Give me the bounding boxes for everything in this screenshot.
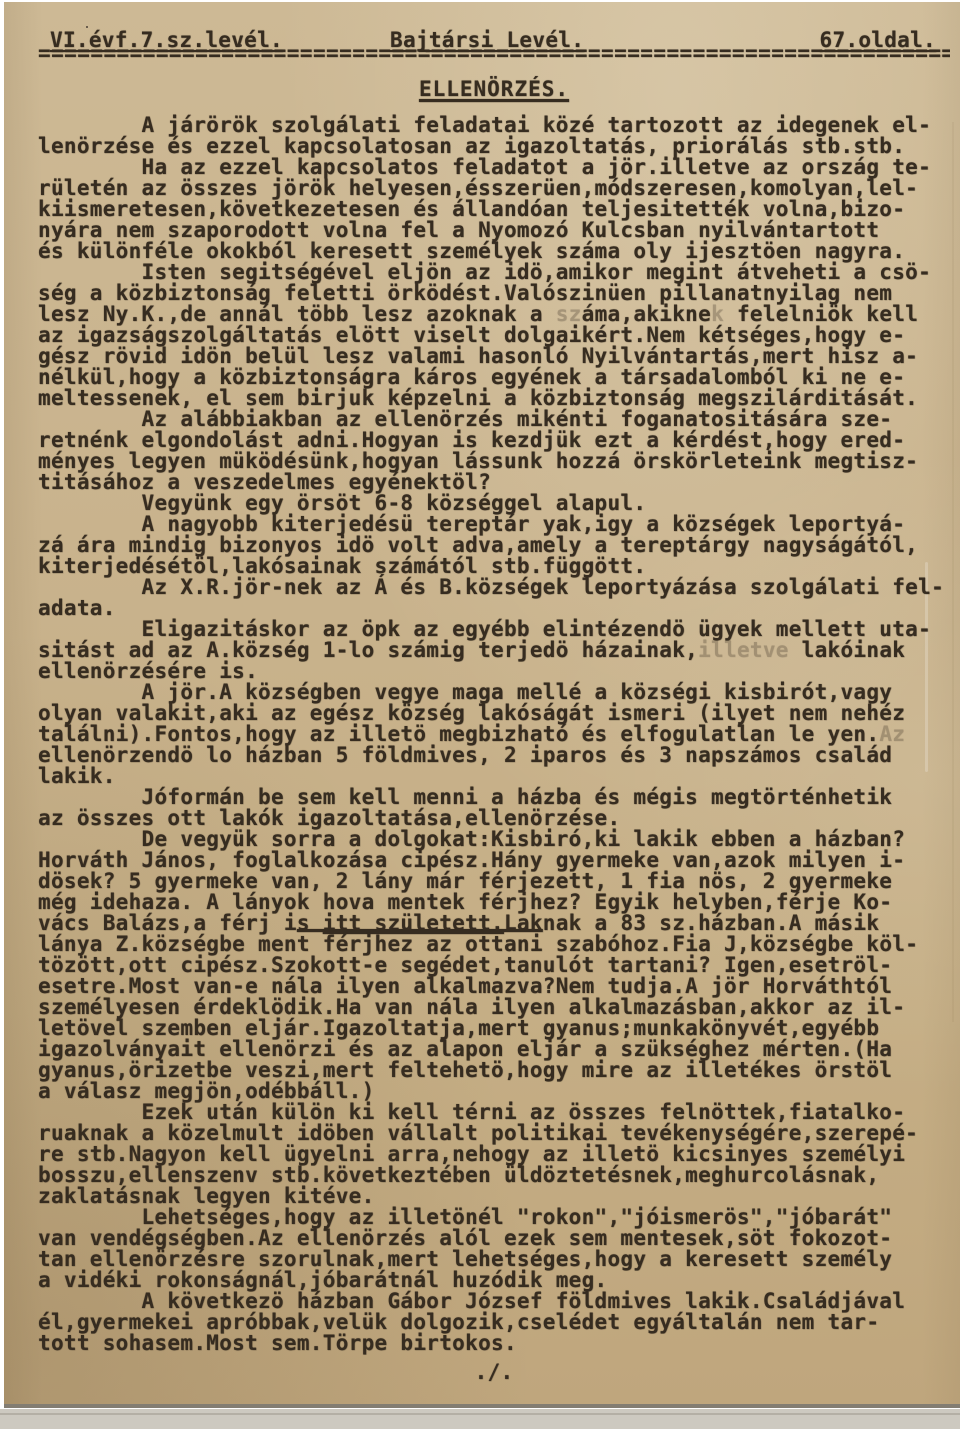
faded-text: Az [879, 722, 905, 746]
text-line: Ezek után külön ki kell térni az összes … [38, 1102, 950, 1123]
scanner-edge-line [0, 1413, 960, 1415]
document-page: VI.évf.7.sz.levél. Bajtársi Levél. 67.ol… [4, 2, 960, 1408]
faded-text: k [711, 302, 724, 326]
text-line: lesz Ny.K.,de annál több lesz azoknak a … [38, 304, 950, 325]
text-line: lánya Z.községbe ment férjhez az ottani … [38, 934, 950, 955]
text-line: Eligazitáskor az öpk az egyébb elintézen… [38, 619, 950, 640]
text-line: retnénk elgondolást adni.Hogyan is kezdj… [38, 430, 950, 451]
text-line: az igazságszolgáltatás elött viselt dolg… [38, 325, 950, 346]
text-line: ményes legyen müködésünk,hogyan lássunk … [38, 451, 950, 472]
text-line: kiterjedésétöl,lakósainak számától stb.f… [38, 556, 950, 577]
text-line: van vendégségben.Az ellenörzés alól ezek… [38, 1228, 950, 1249]
text-line: nélkül,hogy a közbiztonságra káros egyén… [38, 367, 950, 388]
text-line: zaklatásnak legyen kitéve. [38, 1186, 950, 1207]
text-line: bosszu,ellenszenv stb.következtében üldö… [38, 1165, 950, 1186]
text-line: adata. [38, 598, 950, 619]
text-line: ellenörzésére is. [38, 661, 950, 682]
text-line: tott sohasem.Most sem.Törpe birtokos. [38, 1333, 950, 1354]
text-line: a vidéki rokonságnál,jóbarátnál huzódik … [38, 1270, 950, 1291]
text-line: A következö házban Gábor József földmive… [38, 1291, 950, 1312]
typewritten-text: VI.évf.7.sz.levél. Bajtársi Levél. 67.ol… [38, 30, 950, 1383]
text-line: olyan valakit,aki az egész község lakósá… [38, 703, 950, 724]
text-segment: ellenörzendö lo házban 5 földmives, 2 ip… [38, 743, 892, 767]
text-line: letövel szemben eljár.Igazoltatja,mert g… [38, 1018, 950, 1039]
end-mark: ./. [38, 1362, 950, 1383]
text-line: gyanus,örizetbe veszi,mert feltehetö,hog… [38, 1060, 950, 1081]
text-line: re stb.Nagyon kell ügyelni arra,nehogy a… [38, 1144, 950, 1165]
document-lines: A járörök szolgálati feladatai közé tart… [38, 115, 950, 1354]
text-line: gész rövid idön belül lesz valami hasonl… [38, 346, 950, 367]
text-line: kiismeretesen,következetesen és állandóa… [38, 199, 950, 220]
text-line: zá ára mindig bizonyos idö volt adva,ame… [38, 535, 950, 556]
text-line: tözött,ott cipész.Szokott-e segédet,tanu… [38, 955, 950, 976]
text-line: sitást ad az A.község 1-lo számig terjed… [38, 640, 950, 661]
text-line: igazolványait ellenörzi és az alapon elj… [38, 1039, 950, 1060]
text-line: Az alábbiakban az ellenörzés mikénti fog… [38, 409, 950, 430]
text-line: A járörök szolgálati feladatai közé tart… [38, 115, 950, 136]
text-line: a válasz megjön,odébbáll.) [38, 1081, 950, 1102]
text-line: még idehaza. A lányok hova mentek férjhe… [38, 892, 950, 913]
paper-crease-right [952, 122, 954, 1022]
text-line: Lehetséges,hogy az illetönél "rokon","jó… [38, 1207, 950, 1228]
text-line: lakik. [38, 766, 950, 787]
text-segment: tott sohasem.Most sem.Törpe birtokos. [38, 1331, 517, 1355]
text-line: dösek? 5 gyermeke van, 2 lány már férjez… [38, 871, 950, 892]
text-line: és különféle okokból keresett személyek … [38, 241, 950, 262]
header-issue-label: VI.évf.7.sz.levél. [50, 30, 283, 51]
text-line: Horváth János, foglalkozása cipész.Hány … [38, 850, 950, 871]
text-line: Isten segitségével eljön az idö,amikor m… [38, 262, 950, 283]
text-line: ruaknak a közelmult idöben vállalt polit… [38, 1123, 950, 1144]
text-line: rületén az összes jörök helyesen,ésszerü… [38, 178, 950, 199]
faded-text: sz [556, 302, 582, 326]
section-title: ELLENÖRZÉS. [38, 79, 950, 100]
scanned-page-background: VI.évf.7.sz.levél. Bajtársi Levél. 67.ol… [0, 0, 960, 1429]
text-line: De vegyük sorra a dolgokat:Kisbiró,ki la… [38, 829, 950, 850]
text-line: nyára nem szaporodott volna fel a Nyomoz… [38, 220, 950, 241]
text-line: ellenörzendö lo házban 5 földmives, 2 ip… [38, 745, 950, 766]
text-line: meltessenek, el sem birjuk képzelni a kö… [38, 388, 950, 409]
text-line: esetre.Most van-e nála ilyen alkalmazva?… [38, 976, 950, 997]
text-line: az összes ott lakók igazoltatása,ellenör… [38, 808, 950, 829]
text-segment: Az X.R.jör-nek az Á és B.községek leport… [38, 575, 944, 599]
text-line: él,gyermekei apróbbak,velük dolgozik,cse… [38, 1312, 950, 1333]
text-line: Ha az ezzel kapcsolatos feladatot a jör.… [38, 157, 950, 178]
text-line: személyesen érdeklödik.Ha van nála ilyen… [38, 997, 950, 1018]
text-line: A jör.A községben vegye maga mellé a köz… [38, 682, 950, 703]
header-letter-title: Bajtársi Levél. [390, 30, 584, 51]
text-segment: lakóinak [789, 638, 906, 662]
text-line: tan ellenörzésre szorulnak,mert lehetség… [38, 1249, 950, 1270]
text-line: Jóformán be sem kell menni a házba és mé… [38, 787, 950, 808]
text-line: titásához a veszedelmes egyénektöl? [38, 472, 950, 493]
text-line: találni).Fontos,hogy az illetö megbizhat… [38, 724, 950, 745]
text-line: lenörzése és ezzel kapcsolatosan az igaz… [38, 136, 950, 157]
text-line: A nagyobb kiterjedésü tereptár yak,igy a… [38, 514, 950, 535]
text-line: Vegyünk egy örsöt 6-8 községgel alapul. [38, 493, 950, 514]
page-header: VI.évf.7.sz.levél. Bajtársi Levél. 67.ol… [38, 30, 950, 52]
text-line: vács Balázs,a férj is itt született.Lakn… [38, 913, 950, 934]
faded-text: illetve [698, 638, 789, 662]
text-line: ség a közbiztonság feletti örködést.Való… [38, 283, 950, 304]
text-line: Az X.R.jör-nek az Á és B.községek leport… [38, 577, 950, 598]
scanner-edge-strip [0, 1409, 960, 1429]
header-page-number: 67.oldal. [820, 30, 937, 51]
